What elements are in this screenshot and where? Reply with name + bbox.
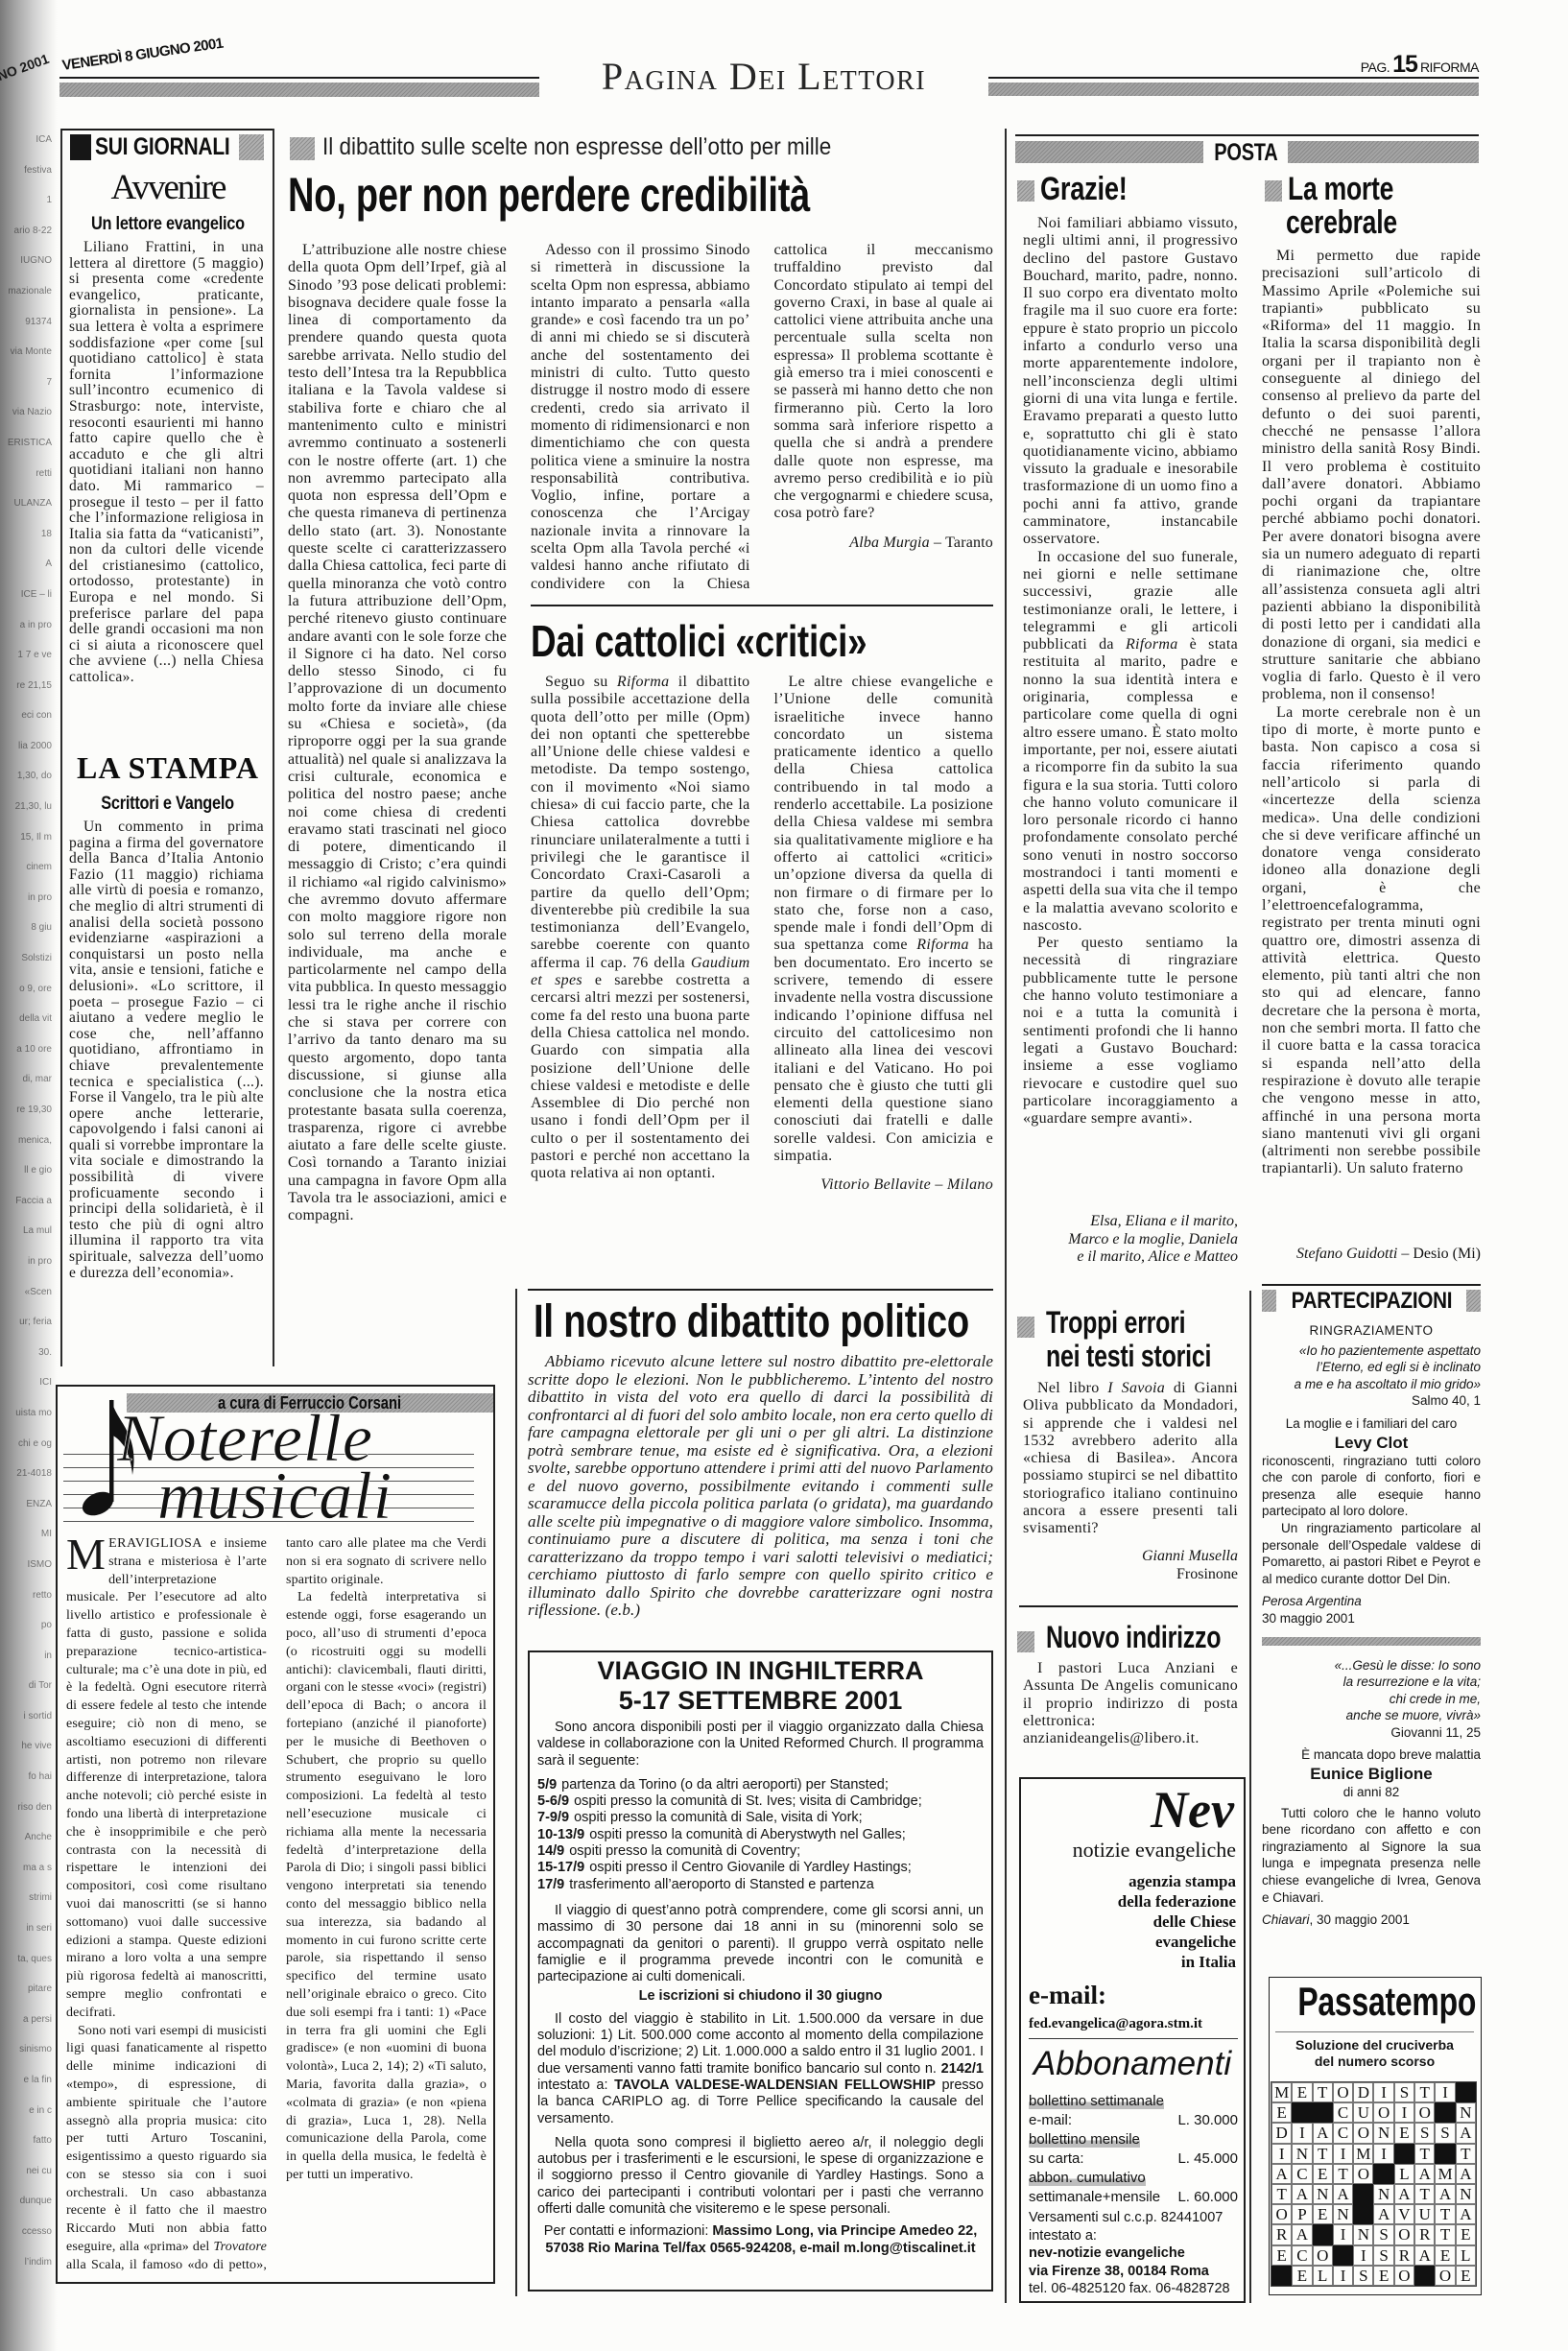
passatempo-crossword: Passatempo Soluzione del cruciverba del … [1269, 1977, 1482, 2295]
fragment-text: menica, [0, 1126, 52, 1156]
schedule-item: 15-17/9ospiti presso il Centro Giovanile… [537, 1860, 984, 1876]
headline-text: nei testi storici [1046, 1341, 1211, 1371]
schedule-date: 15-17/9 [537, 1860, 584, 1875]
subtitle-line: del numero scorso [1270, 2054, 1480, 2070]
avvenire-headline: Un lettore evangelico [69, 215, 267, 233]
crossword-cell: S [1394, 2082, 1414, 2102]
troppi-signature: Gianni Musella Frosinone [1023, 1547, 1238, 1583]
quote-line: anche se muore, vivrà» [1262, 1707, 1481, 1724]
phone-fax: tel. 06-4825120 fax. 06-4828728 [1029, 2280, 1244, 2298]
crossword-cell: T [1414, 2144, 1435, 2164]
previous-page-date-fragment: NO 2001 [0, 51, 51, 83]
fragment-text: via Monte [0, 337, 52, 368]
bold-text: 2142/1 [941, 2061, 984, 2077]
crossword-cell: A [1292, 2184, 1312, 2204]
page-number: 15 [1392, 51, 1417, 78]
previous-page-fragments: ICAfestiva1ario 8-22IUGNOmazionale91374v… [0, 125, 52, 2277]
crossword-black-cell [1414, 2266, 1435, 2286]
fragment-text: ma a s [0, 1853, 52, 1884]
crossword-black-cell [1333, 2245, 1353, 2266]
subscription-detail: settimanale+mensile [1029, 2188, 1160, 2207]
fragment-text: e la fin [0, 2065, 52, 2096]
grazie-letter-body: Noi familiari abbiamo vissuto, negli ult… [1023, 215, 1238, 1213]
crossword-cell: O [1271, 2204, 1292, 2224]
fragment-text: re 19,30 [0, 1095, 52, 1126]
crossword-cell: T [1435, 2224, 1455, 2244]
dibattito-headline: Il nostro dibattito politico [534, 1299, 1079, 1345]
crossword-cell: M [1271, 2082, 1292, 2102]
article-separator [1019, 1605, 1238, 1607]
paragraph: La morte cerebrale non è un tipo di mort… [1262, 704, 1481, 1178]
fragment-text: cinem [0, 852, 52, 883]
payment-line: intestato a: [1029, 2227, 1244, 2245]
article-separator [531, 605, 993, 606]
fragment-text: in [0, 1641, 52, 1672]
crossword-cell: E [1435, 2245, 1455, 2266]
crossword-cell: A [1313, 2123, 1333, 2143]
crossword-cell: O [1373, 2102, 1393, 2123]
morte-headline-line-1: La morte [1288, 173, 1423, 205]
italic-text: Trovatore [213, 2240, 267, 2254]
subscription-label: abbon. cumulativo [1029, 2170, 1146, 2186]
crossword-cell: A [1456, 2123, 1476, 2143]
article-separator [528, 1289, 993, 1291]
notice-place: Chiavari [1262, 1912, 1310, 1927]
italic-text: Riforma [617, 674, 670, 690]
crossword-cell: S [1373, 2224, 1393, 2244]
italic-text: Riforma [916, 937, 969, 953]
subtitle-line: Soluzione del cruciverba [1270, 2037, 1480, 2054]
morte-headline-line-2: cerebrale [1286, 206, 1429, 239]
headline-text: Scrittori e Vangelo [102, 795, 235, 813]
notice-date: , 30 maggio 2001 [1310, 1912, 1410, 1927]
crossword-cell: N [1456, 2102, 1476, 2123]
previous-page-spine: NO 2001 ICAfestiva1ario 8-22IUGNOmaziona… [0, 0, 58, 2351]
posta-section-label: POSTA [1203, 138, 1288, 165]
schedule-text: ospiti presso la comunità di Sale, visit… [574, 1810, 863, 1825]
crossword-cell: O [1414, 2102, 1435, 2123]
crossword-cell: L [1394, 2164, 1414, 2184]
subscription-label: bollettino mensile [1029, 2131, 1140, 2148]
subscription-list: bollettino settimanale e-mail:L. 30.000 … [1029, 2092, 1238, 2207]
crossword-cell: O [1353, 2123, 1373, 2143]
quote-line: «Io ho pazientemente aspettato [1262, 1342, 1481, 1360]
fragment-text: strimi [0, 1883, 52, 1913]
crossword-cell: E [1313, 2204, 1333, 2224]
crossword-cell: I [1373, 2144, 1393, 2164]
payee-line: nev-notizie evangeliche [1029, 2244, 1244, 2263]
fragment-text: 8 giu [0, 913, 52, 943]
header-band-right [988, 83, 1479, 96]
paragraph: Seguo su Riforma il dibattito sulla poss… [531, 674, 750, 1183]
crossword-cell: I [1333, 2224, 1353, 2244]
crossword-cell: T [1313, 2144, 1333, 2164]
dibattito-editorial-note: Abbiamo ricevuto alcune lettere sul nost… [528, 1353, 993, 1639]
quote-line: a me e ha ascoltato il mio grido» [1262, 1376, 1481, 1393]
deceased-name: Eunice Biglione [1262, 1764, 1481, 1784]
notice-place: Perosa Argentina [1262, 1593, 1481, 1610]
quote-line: l’Eterno, ed egli si è inclinato [1262, 1359, 1481, 1376]
italic-text: Gaudium et spes [531, 955, 750, 988]
nev-logo: Nev [1151, 1783, 1234, 1837]
fragment-text: l’indim [0, 2247, 52, 2278]
crossword-cell: N [1292, 2144, 1312, 2164]
email-address: fed.evangelica@agora.stm.it [1029, 2015, 1202, 2032]
fragment-text: mazionale [0, 276, 52, 307]
fragment-text: 1,30, do [0, 761, 52, 792]
crossword-cell: E [1292, 2082, 1312, 2102]
crossword-subtitle: Soluzione del cruciverba del numero scor… [1270, 2037, 1480, 2070]
fragment-text: in seri [0, 1913, 52, 1944]
fragment-text: 91374 [0, 307, 52, 338]
agency-line: in Italia [1118, 1952, 1236, 1972]
notice-date: 30 maggio 2001 [1262, 1610, 1481, 1627]
fragment-text: 7 [0, 368, 52, 398]
schedule-text: ospiti presso la comunità di Coventry; [569, 1843, 800, 1859]
bible-quote: «...Gesù le disse: Io sono la resurrezio… [1262, 1657, 1481, 1724]
crossword-cell: L [1313, 2266, 1333, 2286]
crossword-cell: E [1456, 2266, 1476, 2286]
paragraph: In occasione del suo funerale, nei giorn… [1023, 549, 1238, 936]
paragraph: Noi familiari abbiamo vissuto, negli ult… [1023, 215, 1238, 549]
headline-text: No, per non perdere credibilità [288, 171, 810, 219]
fragment-text: 30. [0, 1338, 52, 1368]
schedule-item: 17/9trasferimento all’aeroporto di Stans… [537, 1877, 984, 1893]
crossword-cell: I [1333, 2266, 1353, 2286]
crossword-cell: O [1313, 2245, 1333, 2266]
fragment-text: ENZA [0, 1489, 52, 1520]
fragment-text: ICA [0, 125, 52, 155]
morte-signature: Stefano Guidotti – Desio (Mi) [1262, 1246, 1481, 1264]
paragraph: Mi permetto due rapide precisazioni sull… [1262, 248, 1481, 704]
fragment-text: he vive [0, 1731, 52, 1762]
crossword-cell: S [1353, 2266, 1373, 2286]
crossword-cell: R [1394, 2245, 1414, 2266]
header-rule-left [59, 77, 539, 79]
crossword-cell: A [1456, 2164, 1476, 2184]
notice-details: Il viaggio di quest’anno potrà comprende… [537, 1903, 984, 1985]
crossword-cell: V [1394, 2204, 1414, 2224]
fragment-text: MI [0, 1519, 52, 1550]
title-text: Passatempo [1297, 1982, 1476, 2022]
subscription-price-row: su carta:L. 45.000 [1029, 2149, 1238, 2169]
fragment-text: Solstizi [0, 943, 52, 974]
crossword-cell: I [1292, 2123, 1312, 2143]
headline-text: cerebrale [1286, 206, 1397, 239]
crossword-cell: I [1353, 2245, 1373, 2266]
crossword-cell: T [1333, 2164, 1353, 2184]
crossword-black-cell [1435, 2144, 1455, 2164]
fragment-text: ta, ques [0, 1944, 52, 1975]
cattolici-headline: Dai cattolici «critici» [531, 619, 951, 663]
fragment-text: lia 2000 [0, 731, 52, 762]
crossword-cell: T [1414, 2184, 1435, 2204]
troppi-letter-body: Nel libro I Savoia di Gianni Oliva pubbl… [1023, 1380, 1238, 1541]
crossword-cell: N [1373, 2123, 1393, 2143]
crossword-black-cell [1353, 2204, 1373, 2224]
paragraph: Per questo sentiamo la necessità di ring… [1023, 935, 1238, 1128]
fragment-text: ICI [0, 1367, 52, 1398]
left-column-border-left [60, 129, 62, 1366]
headline-text: Dai cattolici «critici» [531, 619, 867, 663]
subscription-label-row: bollettino mensile [1029, 2130, 1238, 2149]
crossword-cell: U [1414, 2204, 1435, 2224]
schedule-date: 17/9 [537, 1877, 564, 1892]
kicker-marker-square [290, 137, 315, 160]
notice-dates: 5-17 SETTEMBRE 2001 [537, 1686, 984, 1716]
crossword-cell: I [1394, 2102, 1414, 2123]
fragment-text: o 9, ore [0, 974, 52, 1005]
main-headline: No, per non perdere credibilità [288, 171, 975, 219]
headline-text: Grazie! [1040, 173, 1128, 205]
signature-line: e il marito, Alice e Matteo [1023, 1248, 1238, 1267]
crossword-cell: I [1333, 2144, 1353, 2164]
schedule-text: ospiti presso la comunità di St. Ives; v… [574, 1793, 922, 1809]
signature-place: Frosinone [1023, 1565, 1238, 1583]
grazie-headline: Grazie! [1040, 173, 1149, 205]
crossword-cell: O [1333, 2082, 1353, 2102]
fragment-text: eci con [0, 701, 52, 731]
notice-included: Nella quota sono compresi il biglietto a… [537, 2135, 984, 2218]
lead-caps: ERAVIGLIOSA [108, 1536, 202, 1551]
schedule-text: ospiti presso la comunità di Aberystwyth… [589, 1827, 906, 1842]
crossword-cell: N [1353, 2224, 1373, 2244]
header-band-left [59, 83, 539, 97]
section-bar-rule [61, 129, 273, 131]
italic-text: Riforma [1126, 636, 1178, 653]
posta-bar-rule [1015, 134, 1479, 136]
paragraph: Liliano Frattini, in una lettera al dire… [69, 240, 264, 686]
notice-intro: È mancata dopo breve malattia [1262, 1746, 1481, 1764]
crossword-cell: D [1271, 2123, 1292, 2143]
divider [1275, 2031, 1474, 2032]
crossword-cell: E [1313, 2164, 1333, 2184]
crossword-cell: E [1271, 2245, 1292, 2266]
drop-cap: M [66, 1537, 106, 1572]
crossword-black-cell [1353, 2184, 1373, 2204]
fragment-text: ERISTICA [0, 428, 52, 459]
crossword-cell: O [1394, 2224, 1414, 2244]
agency-line: delle Chiese [1118, 1912, 1236, 1932]
fragment-text: a persi [0, 2005, 52, 2035]
subscription-price: L. 30.000 [1177, 2111, 1238, 2130]
signature-name: Gianni Musella [1023, 1547, 1238, 1565]
issue-date: VENERDÌ 8 GIUGNO 2001 [61, 36, 225, 74]
crossword-cell: T [1456, 2144, 1476, 2164]
notice-separator [1262, 1637, 1481, 1646]
fragment-text: festiva [0, 155, 52, 186]
italic-text: I Savoia [1107, 1380, 1165, 1396]
fragment-text: pitare [0, 1974, 52, 2005]
crossword-cell: E [1456, 2224, 1476, 2244]
email-label: e-mail: [1029, 1981, 1106, 2009]
la-stampa-summary: Un commento in prima pagina a firma del … [69, 819, 264, 1366]
crossword-cell: O [1435, 2266, 1455, 2286]
fragment-text: ll e gio [0, 1155, 52, 1186]
crossword-cell: E [1373, 2266, 1393, 2286]
crossword-cell: I [1435, 2082, 1455, 2102]
paragraph: MERAVIGLIOSA e insieme strana e misterio… [66, 1535, 267, 2023]
crossword-grid: METODISTIECUOIONDIACONESSAINTIMITTACETOL… [1271, 2081, 1477, 2287]
fragment-text: fo hai [0, 1762, 52, 1793]
left-column-border-right [273, 129, 274, 1366]
schedule-date: 5-6/9 [537, 1793, 569, 1809]
crossword-cell: A [1456, 2204, 1476, 2224]
agency-line: agenzia stampa [1118, 1871, 1236, 1891]
crossword-cell: R [1414, 2224, 1435, 2244]
fragment-text: chi e og [0, 1429, 52, 1460]
section-title: Pagina Dei Lettori [543, 56, 985, 98]
avvenire-summary: Liliano Frattini, in una lettera al dire… [69, 240, 264, 748]
schedule-item: 14/9ospiti presso la comunità di Coventr… [537, 1843, 984, 1860]
fragment-text: ccesso [0, 2217, 52, 2247]
crossword-cell: E [1271, 2102, 1292, 2123]
paragraph-text: e insieme strana e misteriosa è l’arte d… [66, 1536, 267, 2020]
fragment-text: i sortid [0, 1701, 52, 1732]
crossword-cell: T [1271, 2184, 1292, 2204]
quote-reference: Giovanni 11, 25 [1262, 1724, 1481, 1742]
headline-text: Un lettore evangelico [91, 215, 245, 233]
section-bar-block [70, 134, 91, 160]
column-rule [1249, 1291, 1251, 2303]
crossword-cell: S [1373, 2245, 1393, 2266]
crossword-cell: T [1435, 2204, 1455, 2224]
section-label: POSTA [1203, 141, 1288, 165]
crossword-cell: T [1313, 2082, 1333, 2102]
crossword-black-cell [1394, 2144, 1414, 2164]
morte-letter-body: Mi permetto due rapide precisazioni sull… [1262, 248, 1481, 1242]
headline-text: Troppi errori [1046, 1307, 1185, 1338]
nuovo-indirizzo-headline: Nuovo indirizzo [1046, 1622, 1271, 1652]
fragment-text: riso den [0, 1793, 52, 1823]
crossword-cell: M [1435, 2164, 1455, 2184]
crossword-black-cell [1313, 2224, 1333, 2244]
fragment-text: 21,30, lu [0, 792, 52, 822]
crossword-cell: E [1292, 2266, 1312, 2286]
fragment-text: a in pro [0, 610, 52, 641]
registration-deadline: Le iscrizioni si chiudono il 30 giugno [537, 1988, 984, 2005]
viaggio-inghilterra-notice: VIAGGIO IN INGHILTERRA 5-17 SETTEMBRE 20… [528, 1650, 993, 2292]
paragraph: L’attribuzione alle nostre chiese della … [288, 242, 507, 1225]
italic-text: Vittorio Bellavite – Milano [820, 1176, 993, 1193]
troppi-headline-line-2: nei testi storici [1046, 1341, 1258, 1371]
crossword-cell: C [1292, 2164, 1312, 2184]
crossword-cell: M [1353, 2144, 1373, 2164]
notice-body: Tutti coloro che le hanno voluto bene ri… [1262, 1805, 1481, 1907]
deceased-name: Levy Clot [1262, 1433, 1481, 1453]
crossword-cell: L [1456, 2245, 1476, 2266]
main-article-columns-2-3: Adesso con il prossimo Sinodo si rimette… [531, 242, 993, 599]
fragment-text: fatto [0, 2125, 52, 2156]
crossword-cell: P [1292, 2204, 1312, 2224]
italic-text: Alba Murgia [849, 534, 930, 551]
fragment-text: A [0, 549, 52, 580]
crossword-cell: D [1353, 2082, 1373, 2102]
crossword-cell: C [1333, 2123, 1353, 2143]
quote-line: chi crede in me, [1262, 1691, 1481, 1708]
paragraph: Le altre chiese evangeliche e l’Unione d… [774, 674, 994, 1165]
fragment-text: retto [0, 1580, 52, 1611]
crossword-cell: C [1333, 2102, 1353, 2123]
subscription-price-row: settimanale+mensileL. 60.000 [1029, 2188, 1238, 2207]
crossword-cell: S [1435, 2123, 1455, 2143]
schedule-item: 5-6/9ospiti presso la comunità di St. Iv… [537, 1793, 984, 1810]
crossword-black-cell [1292, 2102, 1312, 2123]
section-label-text: SUI GIORNALI [95, 135, 229, 159]
headline-marker-square [1017, 180, 1034, 202]
schedule-date: 7-9/9 [537, 1810, 569, 1825]
subscription-detail: su carta: [1029, 2149, 1084, 2169]
payment-info: Versamenti sul c.c.p. 82441007 intestato… [1029, 2209, 1244, 2298]
paragraph: I pastori Luca Anziani e Assunta De Ange… [1023, 1660, 1238, 1747]
schedule-text: ospiti presso il Centro Giovanile di Yar… [589, 1860, 912, 1875]
crossword-cell: O [1394, 2266, 1414, 2286]
fragment-text: sinismo [0, 2034, 52, 2065]
quote-line: la resurrezione e la vita; [1262, 1674, 1481, 1691]
bold-text: TAVOLA VALDESE-WALDENSIAN FELLOWSHIP [614, 2078, 936, 2093]
crossword-cell: A [1414, 2245, 1435, 2266]
signature-line: Elsa, Eliana e il marito, [1023, 1213, 1238, 1231]
crossword-cell: U [1353, 2102, 1373, 2123]
schedule-item: 10-13/9ospiti presso la comunità di Aber… [537, 1827, 984, 1843]
partecipazioni-notices: RINGRAZIAMENTO «Io ho pazientemente aspe… [1262, 1322, 1481, 1965]
subscription-price: L. 60.000 [1177, 2188, 1238, 2207]
headline-text: Nuovo indirizzo [1046, 1622, 1221, 1652]
fragment-text: in pro [0, 1247, 52, 1277]
fragment-text: 1 [0, 185, 52, 216]
fragment-text: 15, Il m [0, 822, 52, 853]
agency-line: evangeliche [1118, 1932, 1236, 1952]
notice-title: VIAGGIO IN INGHILTERRA [537, 1656, 984, 1686]
schedule-text: partenza da Torino (o da altri aeroporti… [561, 1777, 889, 1793]
main-article-column-1: L’attribuzione alle nostre chiese della … [288, 242, 507, 1374]
schedule-date: 5/9 [537, 1777, 557, 1793]
notice-thanks: RINGRAZIAMENTO «Io ho pazientemente aspe… [1262, 1322, 1481, 1627]
nev-advertisement: Nev notizie evangeliche agenzia stampa d… [1019, 1777, 1246, 2303]
subscription-price: L. 45.000 [1177, 2149, 1238, 2169]
notice-body: Un ringraziamento particolare al persona… [1262, 1520, 1481, 1587]
schedule-item: 7-9/9ospiti presso la comunità di Sale, … [537, 1810, 984, 1826]
fragment-text: IUGNO [0, 246, 52, 276]
headline-marker-square [1017, 1631, 1034, 1652]
paragraph: Nel libro I Savoia di Gianni Oliva pubbl… [1023, 1380, 1238, 1538]
paragraph: Abbiamo ricevuto alcune lettere sul nost… [528, 1353, 993, 1620]
paragraph: Un commento in prima pagina a firma del … [69, 819, 264, 1281]
fragment-text: uista mo [0, 1398, 52, 1429]
crossword-cell: A [1414, 2164, 1435, 2184]
fragment-text: ICE – li [0, 580, 52, 610]
crossword-cell: N [1333, 2204, 1353, 2224]
crossword-cell: N [1373, 2184, 1393, 2204]
fragment-text: nei cu [0, 2156, 52, 2187]
fragment-text: e in c [0, 2096, 52, 2126]
headline-marker-square [1265, 180, 1282, 202]
la-stampa-masthead: LA STAMPA [69, 750, 267, 786]
fragment-text: Anche [0, 1822, 52, 1853]
crossword-cell: A [1333, 2184, 1353, 2204]
passatempo-title: Passatempo [1270, 1982, 1480, 2022]
section-label-sui-giornali: SUI GIORNALI [95, 135, 255, 159]
signature: Alba Murgia – Taranto [774, 534, 994, 552]
payee-line: via Firenze 38, 00184 Roma [1029, 2263, 1244, 2281]
nev-subtitle: notizie evangeliche [1073, 1839, 1236, 1862]
fragment-text: re 21,15 [0, 671, 52, 701]
fragment-text: ur; feria [0, 1307, 52, 1338]
crossword-cell: A [1435, 2184, 1455, 2204]
subscription-detail: e-mail: [1029, 2111, 1072, 2130]
crossword-cell: A [1292, 2224, 1312, 2244]
crossword-cell: T [1414, 2082, 1435, 2102]
